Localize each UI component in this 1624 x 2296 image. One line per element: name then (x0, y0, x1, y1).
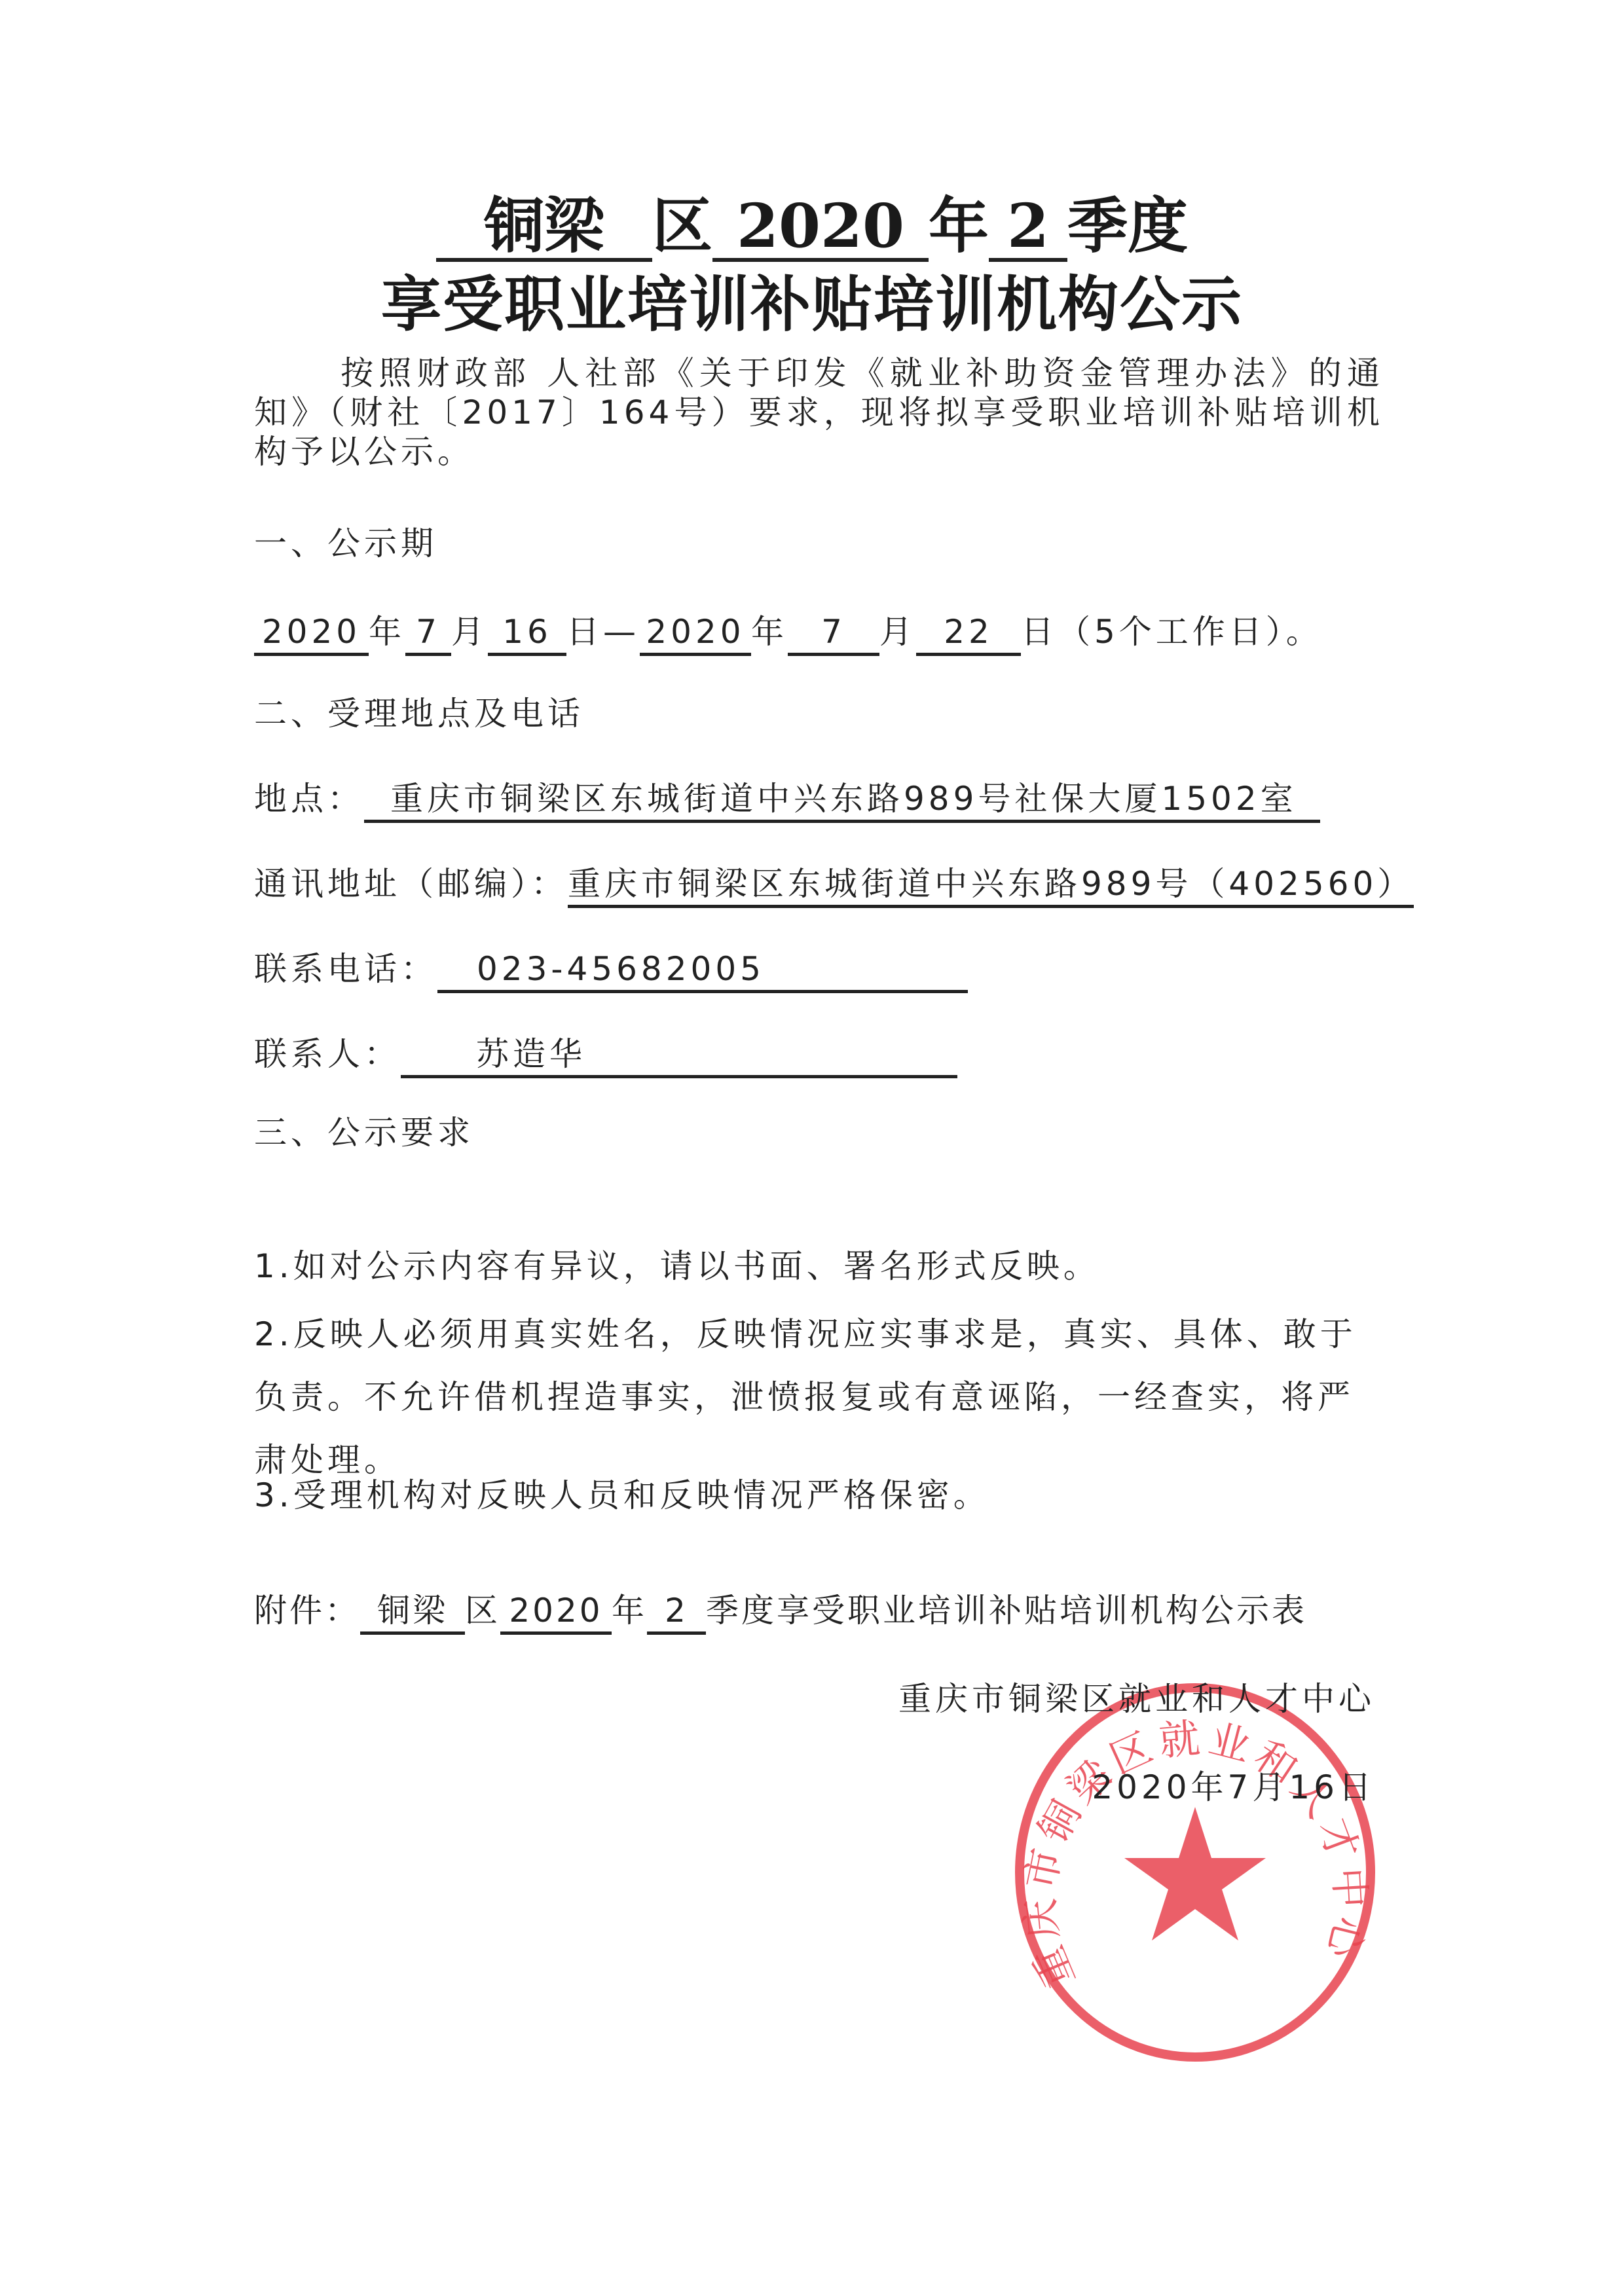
end-suffix: 日（5个工作日）。 (1021, 613, 1323, 651)
end-year: 2020 (640, 614, 751, 656)
start-year: 2020 (254, 614, 369, 656)
title-line-2: 享受职业培训补贴培训机构公示 (0, 268, 1624, 340)
section3-heading: 三、公示要求 (254, 1113, 474, 1152)
end-month: 7 (788, 614, 879, 656)
attachment-district-suffix: 区 (465, 1592, 500, 1630)
location-line: 地点：重庆市铜梁区东城街道中兴东路989号社保大厦1502室 (254, 779, 1320, 823)
title-district: 铜梁 (436, 194, 652, 262)
start-day: 16 (488, 614, 566, 656)
title-district-suffix: 区 (652, 191, 712, 261)
location-value: 重庆市铜梁区东城街道中兴东路989号社保大厦1502室 (364, 781, 1320, 823)
day-label: 日— (566, 613, 640, 651)
phone-line: 联系电话：023-45682005 (254, 949, 968, 993)
end-month-label: 月 (879, 613, 916, 651)
title-quarter: 2 (989, 194, 1067, 262)
title-year-suffix: 年 (929, 191, 989, 261)
document-page: 铜梁区2020年2季度 享受职业培训补贴培训机构公示 按照财政部 人社部《关于印… (0, 0, 1624, 2296)
location-label: 地点： (254, 780, 364, 818)
requirement-3: 3.受理机构对反映人员和反映情况严格保密。 (254, 1473, 1384, 1518)
notice-period-line: 2020年7月16日—2020年7月22日（5个工作日）。 (254, 612, 1323, 656)
attachment-year: 2020 (500, 1593, 612, 1635)
phone-value: 023-45682005 (437, 951, 968, 993)
seal-text: 重庆市铜梁区就业和人才中心 (1015, 1713, 1375, 1995)
seal-icon: 重庆市铜梁区就业和人才中心 (1005, 1683, 1385, 2062)
contact-label: 联系人： (254, 1035, 401, 1073)
mail-value: 重庆市铜梁区东城街道中兴东路989号（402560） (568, 866, 1414, 908)
end-day: 22 (916, 614, 1021, 656)
section1-heading: 一、公示期 (254, 524, 437, 563)
phone-label: 联系电话： (254, 950, 437, 988)
year-label: 年 (369, 613, 405, 651)
signature-date: 2020年7月16日 (1092, 1761, 1375, 1808)
month-label: 月 (451, 613, 488, 651)
attachment-tail: 季度享受职业培训补贴培训机构公示表 (706, 1592, 1307, 1630)
contact-value: 苏造华 (401, 1036, 957, 1078)
official-seal: 重庆市铜梁区就业和人才中心 (1005, 1683, 1385, 2062)
requirement-1: 1.如对公示内容有异议，请以书面、署名形式反映。 (254, 1244, 1384, 1288)
contact-line: 联系人：苏造华 (254, 1034, 957, 1078)
title-year: 2020 (712, 194, 929, 262)
attachment-district: 铜梁 (360, 1593, 465, 1635)
signature-org: 重庆市铜梁区就业和人才中心 (898, 1673, 1375, 1720)
section2-heading: 二、受理地点及电话 (254, 694, 584, 733)
svg-text:重庆市铜梁区就业和人才中心: 重庆市铜梁区就业和人才中心 (1015, 1713, 1375, 1995)
attachment-year-suffix: 年 (612, 1592, 647, 1630)
mail-label: 通讯地址（邮编）： (254, 865, 568, 903)
title-quarter-suffix: 季度 (1067, 191, 1188, 261)
start-month: 7 (405, 614, 451, 656)
title-line-1: 铜梁区2020年2季度 (0, 190, 1624, 262)
intro-paragraph: 按照财政部 人社部《关于印发《就业补助资金管理办法》的通知》（财社〔2017〕1… (254, 354, 1384, 471)
attachment-label: 附件： (254, 1592, 360, 1630)
intro-text: 按照财政部 人社部《关于印发《就业补助资金管理办法》的通知》（财社〔2017〕1… (254, 354, 1384, 471)
attachment-quarter: 2 (647, 1593, 706, 1635)
end-year-label: 年 (751, 613, 788, 651)
attachment-line: 附件：铜梁区2020年2季度享受职业培训补贴培训机构公示表 (254, 1591, 1307, 1635)
requirement-2: 2.反映人必须用真实姓名，反映情况应实事求是，真实、具体、敢于负责。不允许借机捏… (254, 1303, 1384, 1491)
mail-line: 通讯地址（邮编）：重庆市铜梁区东城街道中兴东路989号（402560） (254, 864, 1414, 908)
